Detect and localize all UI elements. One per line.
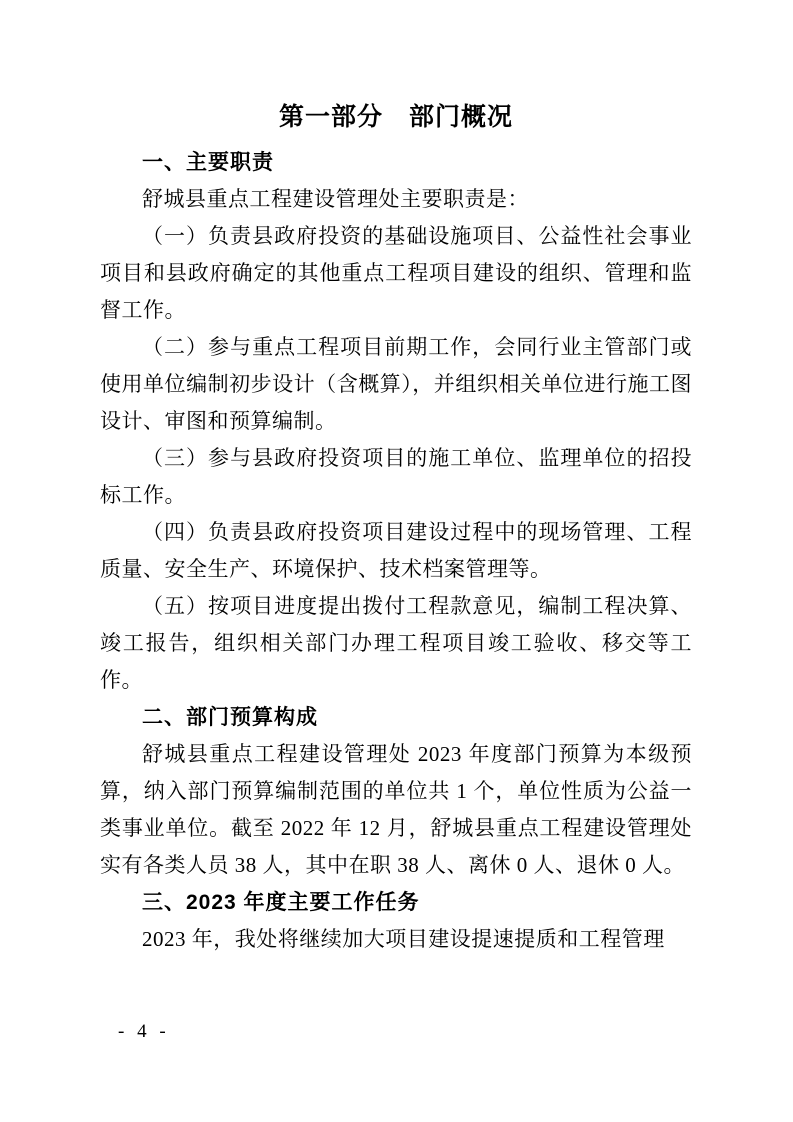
section-heading-2023-tasks: 三、2023 年度主要工作任务 bbox=[100, 884, 692, 921]
document-content: 第一部分 部门概况 一、主要职责 舒城县重点工程建设管理处主要职责是： （一）负… bbox=[100, 96, 692, 958]
paragraph: （三）参与县政府投资项目的施工单位、监理单位的招投标工作。 bbox=[100, 440, 692, 514]
paragraph: （二）参与重点工程项目前期工作，会同行业主管部门或使用单位编制初步设计（含概算）… bbox=[100, 329, 692, 440]
paragraph: 舒城县重点工程建设管理处主要职责是： bbox=[100, 181, 692, 218]
paragraph: （一）负责县政府投资的基础设施项目、公益性社会事业项目和县政府确定的其他重点工程… bbox=[100, 218, 692, 329]
paragraph: 2023 年，我处将继续加大项目建设提速提质和工程管理 bbox=[100, 921, 692, 958]
page-number: - 4 - bbox=[118, 1020, 170, 1044]
document-page: 第一部分 部门概况 一、主要职责 舒城县重点工程建设管理处主要职责是： （一）负… bbox=[0, 0, 793, 1122]
section-heading-budget-composition: 二、部门预算构成 bbox=[100, 699, 692, 736]
document-title: 第一部分 部门概况 bbox=[100, 96, 692, 138]
paragraph: 舒城县重点工程建设管理处 2023 年度部门预算为本级预算，纳入部门预算编制范围… bbox=[100, 736, 692, 884]
section-heading-main-duties: 一、主要职责 bbox=[100, 144, 692, 181]
paragraph: （五）按项目进度提出拨付工程款意见，编制工程决算、竣工报告，组织相关部门办理工程… bbox=[100, 588, 692, 699]
paragraph: （四）负责县政府投资项目建设过程中的现场管理、工程质量、安全生产、环境保护、技术… bbox=[100, 514, 692, 588]
